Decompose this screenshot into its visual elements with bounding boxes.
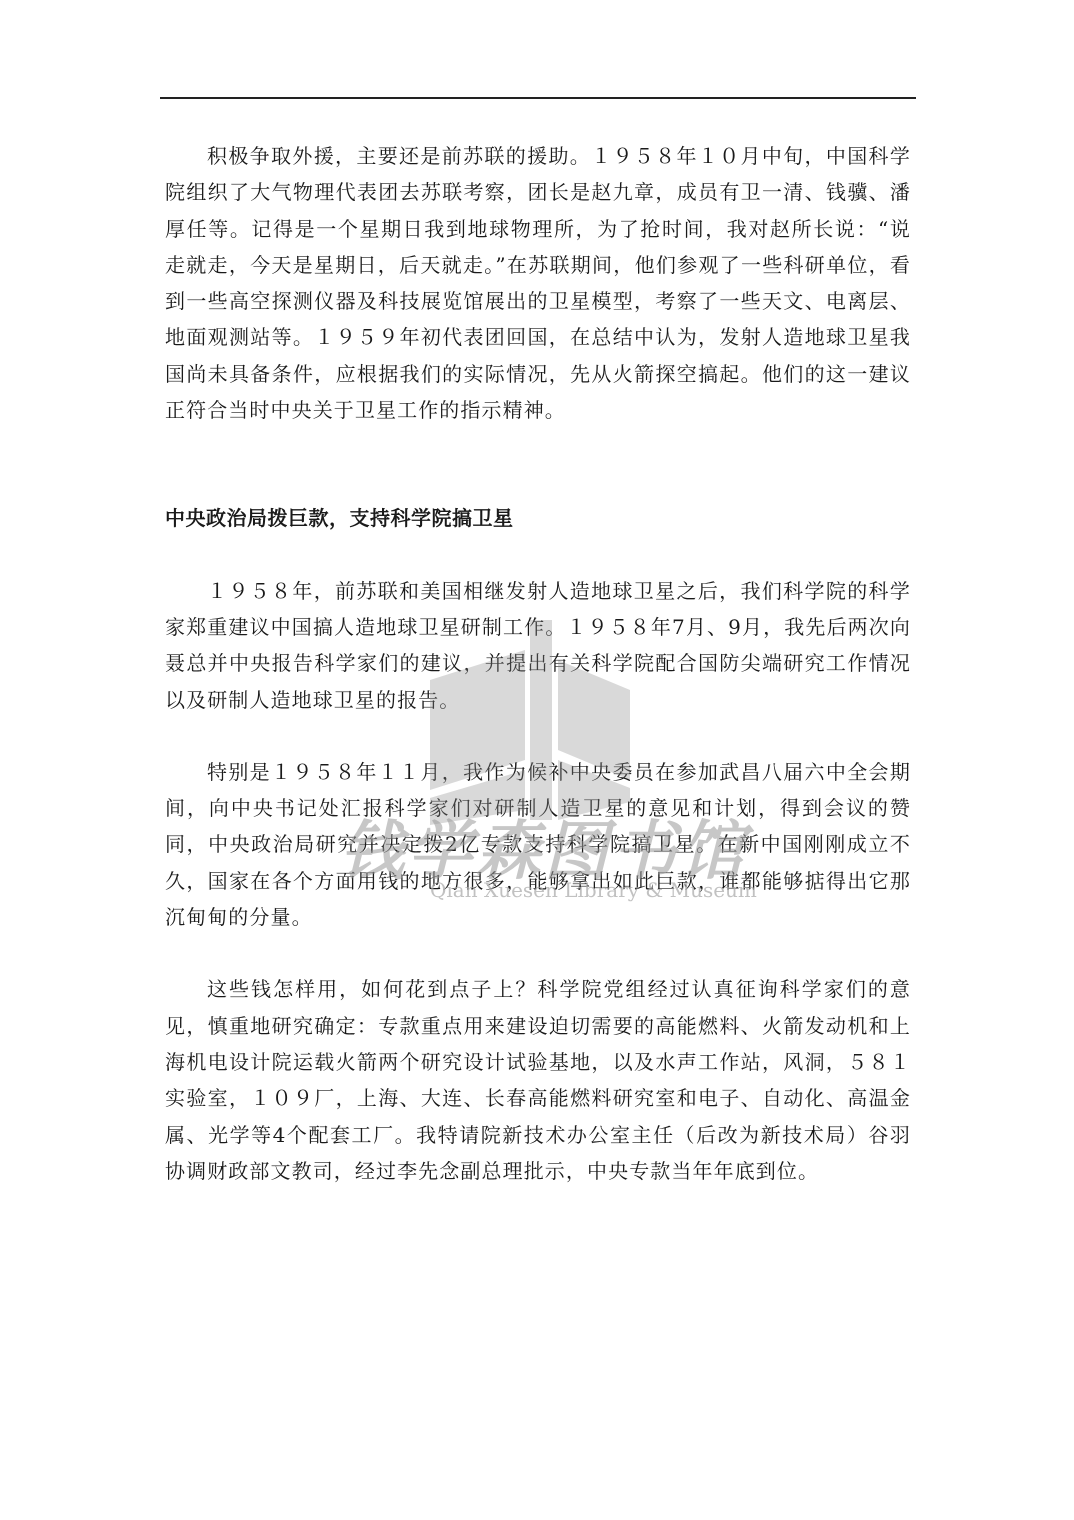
paragraph-3: 特别是１９５８年１１月，我作为候补中央委员在参加武昌八届六中全会期间，向中央书记… bbox=[165, 754, 911, 935]
document-body: 积极争取外援，主要还是前苏联的援助。１９５８年１０月中旬，中国科学院组织了大气物… bbox=[165, 138, 911, 1189]
section-heading: 中央政治局拨巨款，支持科学院搞卫星 bbox=[165, 500, 911, 536]
header-rule bbox=[160, 97, 916, 99]
paragraph-4: 这些钱怎样用，如何花到点子上？科学院党组经过认真征询科学家们的意见，慎重地研究确… bbox=[165, 971, 911, 1189]
paragraph-2: １９５８年，前苏联和美国相继发射人造地球卫星之后，我们科学院的科学家郑重建议中国… bbox=[165, 573, 911, 718]
paragraph-1: 积极争取外援，主要还是前苏联的援助。１９５８年１０月中旬，中国科学院组织了大气物… bbox=[165, 138, 911, 428]
